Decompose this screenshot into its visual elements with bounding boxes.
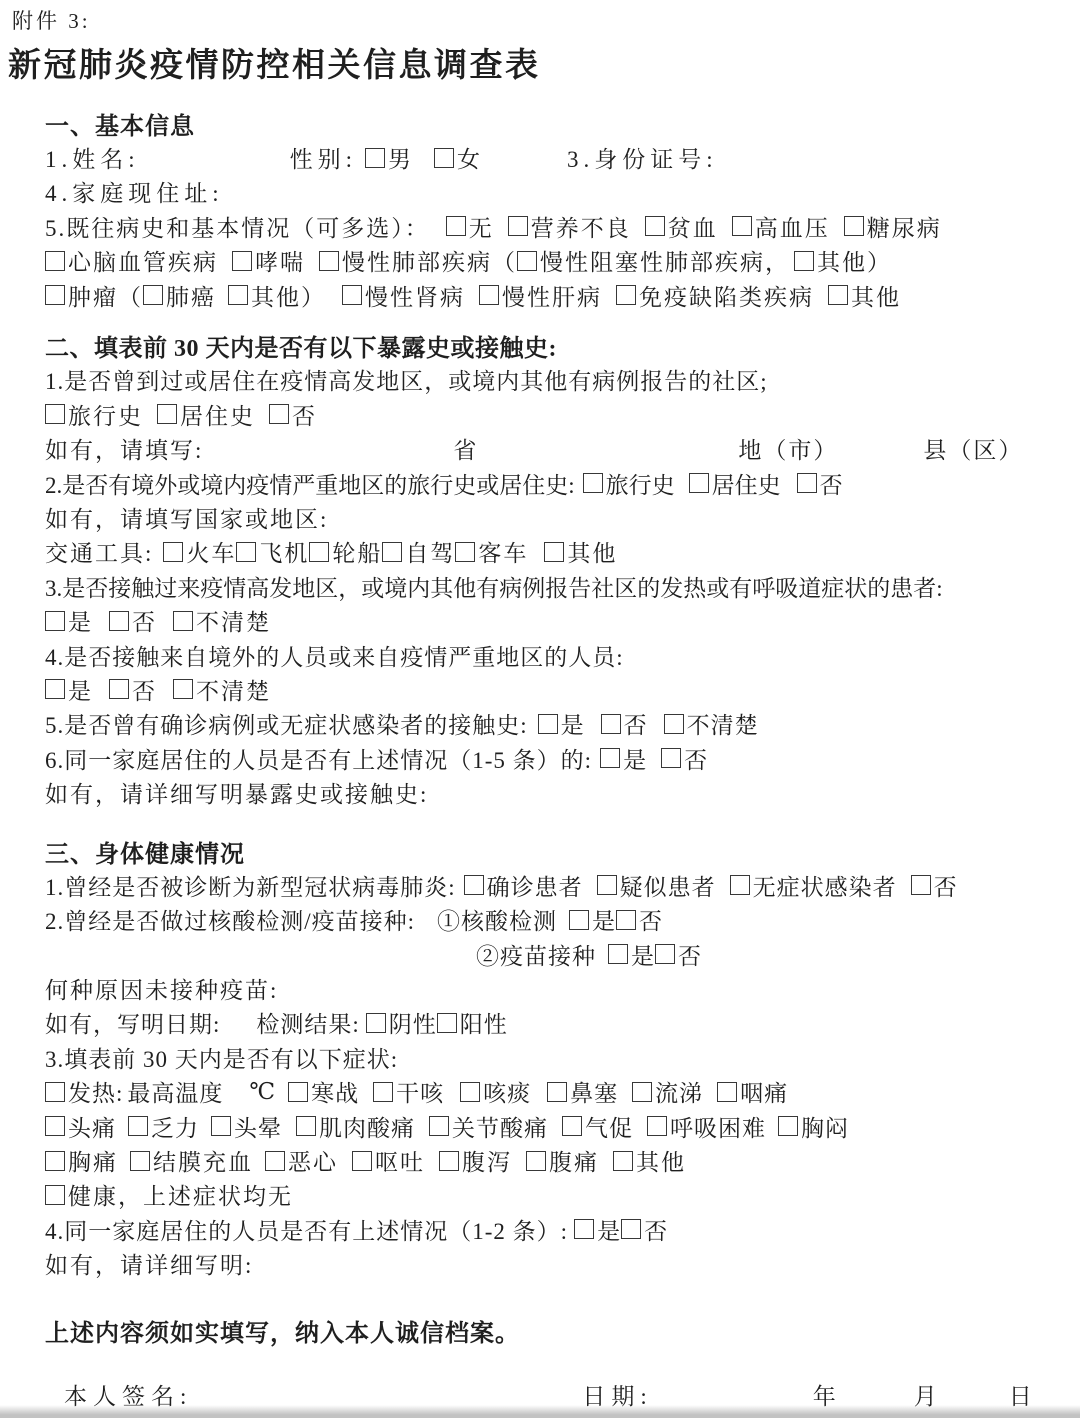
checkbox-option: 其他 bbox=[544, 535, 617, 568]
line-h1-diagnosis: 1.曾经是否被诊断为新型冠状病毒肺炎:确诊患者疑似患者无症状感染者否 bbox=[0, 868, 1080, 902]
checkbox[interactable] bbox=[352, 1151, 372, 1171]
checkbox-label: 否 bbox=[132, 604, 157, 637]
checkbox[interactable] bbox=[429, 1116, 449, 1136]
checkbox-label: 居住史 bbox=[712, 467, 781, 500]
checkbox[interactable] bbox=[544, 542, 564, 562]
line-test-result: 如有，写明日期:检测结果:阴性阳性 bbox=[0, 1006, 1080, 1040]
checkbox[interactable] bbox=[45, 1185, 65, 1205]
checkbox-label: 轮船 bbox=[332, 535, 382, 568]
checkbox-option: 糖尿病 bbox=[844, 210, 942, 243]
checkbox-label: 寒战 bbox=[311, 1075, 359, 1108]
checkbox[interactable] bbox=[632, 1082, 652, 1102]
fill-blank bbox=[276, 1091, 288, 1092]
checkbox-label: 其他 bbox=[851, 279, 901, 312]
checkbox-label: 贫血 bbox=[668, 210, 718, 243]
fill-blank bbox=[675, 483, 689, 484]
checkbox-option: 干咳 bbox=[373, 1075, 444, 1108]
checkbox[interactable] bbox=[732, 216, 752, 236]
checkbox[interactable] bbox=[130, 1151, 150, 1171]
fill-blank bbox=[218, 260, 232, 261]
checkbox-label: 干咳 bbox=[396, 1075, 444, 1108]
line-signature: 本人签名:日期:年月日 bbox=[0, 1377, 1080, 1411]
checkbox[interactable] bbox=[366, 1013, 386, 1033]
fill-blank bbox=[548, 1126, 562, 1127]
text-run: 交通工具: bbox=[45, 535, 153, 568]
checkbox[interactable] bbox=[616, 910, 636, 930]
text-run: 4.家庭现住址: bbox=[45, 175, 224, 208]
checkbox-option: 乏力 bbox=[128, 1110, 199, 1143]
fill-blank bbox=[282, 1126, 296, 1127]
checkbox-label: 自驾 bbox=[405, 535, 455, 568]
checkbox-option: 是 bbox=[538, 707, 585, 740]
checkbox-option: 营养不良 bbox=[508, 210, 631, 243]
checkbox[interactable] bbox=[45, 1082, 65, 1102]
checkbox[interactable] bbox=[342, 285, 362, 305]
fill-blank bbox=[157, 620, 173, 621]
checkbox-option: 腹泻 bbox=[439, 1144, 512, 1177]
checkbox-option: 轮船 bbox=[309, 535, 382, 568]
checkbox-label: 其他 bbox=[636, 1144, 686, 1177]
checkbox-label: 是 bbox=[592, 903, 616, 936]
fill-blank bbox=[599, 1160, 613, 1161]
checkbox-option: 旅行史 bbox=[45, 398, 143, 431]
checkbox[interactable] bbox=[309, 542, 329, 562]
checkbox[interactable] bbox=[45, 1151, 65, 1171]
checkbox[interactable] bbox=[517, 251, 537, 271]
fill-blank bbox=[478, 448, 738, 449]
checkbox-label: 旅行史 bbox=[606, 467, 675, 500]
fill-blank bbox=[253, 1160, 265, 1161]
checkbox-label: 是 bbox=[68, 604, 93, 637]
checkbox-option: 免疫缺陷类疾病 bbox=[616, 279, 814, 312]
checkbox-option: 阳性 bbox=[437, 1006, 508, 1039]
checkbox[interactable] bbox=[173, 611, 193, 631]
checkbox-option: 无症状感染者 bbox=[730, 869, 897, 902]
checkbox-option: 结膜充血 bbox=[130, 1144, 253, 1177]
checkbox-label: 其他 bbox=[567, 535, 617, 568]
checkbox-label: 气促 bbox=[585, 1110, 633, 1143]
checkbox[interactable] bbox=[508, 216, 528, 236]
checkbox-label: 确诊患者 bbox=[487, 869, 583, 902]
line-symptoms-2: 头痛乏力头晕肌肉酸痛关节酸痛气促呼吸困难胸闷 bbox=[0, 1109, 1080, 1143]
fill-blank bbox=[430, 226, 446, 227]
text-run: 4.同一家庭居住的人员是否有上述情况（1-2 条）: bbox=[45, 1213, 568, 1246]
line-name-gender-id: 1.姓名:性别:男女3.身份证号: bbox=[0, 140, 1080, 174]
checkbox[interactable] bbox=[109, 611, 129, 631]
text-run: ①核酸检测 bbox=[437, 903, 557, 936]
line-q1-options: 旅行史居住史否 bbox=[0, 397, 1080, 431]
checkbox[interactable] bbox=[569, 910, 589, 930]
checkbox-option: 无 bbox=[446, 210, 494, 243]
checkbox-option: 女 bbox=[434, 141, 485, 174]
line-vaccine-reason: 何种原因未接种疫苗: bbox=[0, 971, 1080, 1005]
checkbox-label: 否 bbox=[684, 742, 708, 775]
checkbox-option: 心脑血管疾病 bbox=[45, 244, 218, 277]
text-run: 4.是否接触来自境外的人员或来自疫情严重地区的人员: bbox=[45, 639, 624, 672]
checkbox[interactable] bbox=[45, 404, 65, 424]
checkbox-label: 否 bbox=[132, 673, 157, 706]
checkbox[interactable] bbox=[460, 1082, 480, 1102]
checkbox[interactable] bbox=[288, 1082, 308, 1102]
fill-blank bbox=[838, 448, 923, 449]
checkbox-label: 胸闷 bbox=[801, 1110, 849, 1143]
checkbox-label: 肿瘤（ bbox=[68, 279, 143, 312]
fill-blank bbox=[359, 1091, 373, 1092]
fill-blank bbox=[118, 1160, 130, 1161]
checkbox-option: 慢性阻塞性肺部疾病， bbox=[517, 244, 790, 277]
checkbox[interactable] bbox=[464, 875, 484, 895]
fill-blank bbox=[830, 226, 844, 227]
text-run: 二、填表前 30 天内是否有以下暴露史或接触史: bbox=[45, 328, 557, 363]
checkbox-option: 关节酸痛 bbox=[429, 1110, 548, 1143]
checkbox-option: 是 bbox=[600, 742, 647, 775]
checkbox-option: 居住史 bbox=[689, 467, 781, 500]
checkbox[interactable] bbox=[296, 1116, 316, 1136]
checkbox[interactable] bbox=[437, 1013, 457, 1033]
checkbox-option: 是 bbox=[608, 938, 655, 971]
checkbox-label: 女 bbox=[457, 141, 485, 174]
line-symptoms-1: 发热:最高温度℃寒战干咳咳痰鼻塞流涕咽痛 bbox=[0, 1075, 1080, 1109]
checkbox[interactable] bbox=[730, 875, 750, 895]
checkbox-label: 慢性肝病 bbox=[502, 279, 602, 312]
line-detail-fill: 如有，请详细写明: bbox=[0, 1247, 1080, 1281]
fill-blank bbox=[143, 414, 157, 415]
fill-blank bbox=[633, 1126, 647, 1127]
line-medical-history: 5.既往病史和基本情况（可多选）：无营养不良贫血高血压糖尿病 bbox=[0, 209, 1080, 243]
fill-blank bbox=[557, 919, 569, 920]
checkbox-label: 慢性肺部疾病（ bbox=[342, 244, 517, 277]
checkbox[interactable] bbox=[265, 1151, 285, 1171]
fill-blank bbox=[703, 1091, 717, 1092]
checkbox[interactable] bbox=[547, 1082, 567, 1102]
text-run: 5.是否曾有确诊病例或无症状感染者的接触史: bbox=[45, 707, 528, 740]
line-transport: 交通工具:火车飞机轮船自驾客车其他 bbox=[0, 535, 1080, 569]
text-run: 2.曾经是否做过核酸检测/疫苗接种: bbox=[45, 903, 415, 936]
text-run: 年 bbox=[813, 1378, 842, 1411]
checkbox-option: 腹痛 bbox=[526, 1144, 599, 1177]
checkbox[interactable] bbox=[45, 679, 65, 699]
fill-blank bbox=[618, 1091, 632, 1092]
checkbox-option: 健康，上述症状均无 bbox=[45, 1178, 293, 1211]
line-home-address: 4.家庭现住址: bbox=[0, 175, 1080, 209]
checkbox[interactable] bbox=[844, 216, 864, 236]
checkbox[interactable] bbox=[109, 679, 129, 699]
text-run: 如有，请详细写明: bbox=[45, 1247, 253, 1280]
line-q1-fill: 如有，请填写:省地（市）县（区） bbox=[0, 432, 1080, 466]
checkbox[interactable] bbox=[365, 148, 385, 168]
checkbox[interactable] bbox=[616, 285, 636, 305]
fill-blank bbox=[203, 448, 453, 449]
checkbox[interactable] bbox=[434, 148, 454, 168]
form-body: 一、基本信息1.姓名:性别:男女3.身份证号:4.家庭现住址:5.既往病史和基本… bbox=[0, 92, 1080, 1412]
checkbox-option: 慢性肝病 bbox=[479, 279, 602, 312]
checkbox-option: 否 bbox=[797, 467, 843, 500]
checkbox[interactable] bbox=[526, 1151, 546, 1171]
checkbox-label: 流涕 bbox=[655, 1075, 703, 1108]
checkbox-option: 阴性 bbox=[366, 1006, 437, 1039]
checkbox-label: 呕吐 bbox=[375, 1144, 425, 1177]
checkbox-option: 呕吐 bbox=[352, 1144, 425, 1177]
checkbox[interactable] bbox=[211, 1116, 231, 1136]
line-q3-contact: 3.是否接触过来疫情高发地区，或境内其他有病例报告社区的发热或有呼吸道症状的患者… bbox=[0, 569, 1080, 603]
checkbox-option: 飞机 bbox=[236, 535, 309, 568]
checkbox[interactable] bbox=[45, 1116, 65, 1136]
line-h2-vaccine: ②疫苗接种是否 bbox=[0, 937, 1080, 971]
line-q5-contact: 5.是否曾有确诊病例或无症状感染者的接触史:是否不清楚 bbox=[0, 707, 1080, 741]
checkbox[interactable] bbox=[911, 875, 931, 895]
text-run: 三、身体健康情况 bbox=[45, 834, 245, 869]
checkbox-label: 不清楚 bbox=[196, 604, 271, 637]
text-run: 月 bbox=[914, 1378, 943, 1411]
fill-blank bbox=[528, 551, 544, 552]
checkbox[interactable] bbox=[232, 251, 252, 271]
checkbox[interactable] bbox=[143, 285, 163, 305]
fill-blank bbox=[338, 1160, 352, 1161]
checkbox-label: 旅行史 bbox=[68, 398, 143, 431]
checkbox[interactable] bbox=[689, 473, 709, 493]
checkbox[interactable] bbox=[479, 285, 499, 305]
checkbox[interactable] bbox=[373, 1082, 393, 1102]
checkbox-option: 居住史 bbox=[157, 398, 255, 431]
checkbox-label: 胸痛 bbox=[68, 1144, 118, 1177]
checkbox-option: 火车 bbox=[163, 535, 236, 568]
checkbox[interactable] bbox=[236, 542, 256, 562]
checkbox[interactable] bbox=[797, 473, 817, 493]
fill-blank bbox=[842, 1394, 914, 1395]
checkbox[interactable] bbox=[601, 714, 621, 734]
text-run: 省 bbox=[453, 432, 478, 465]
fill-blank bbox=[631, 226, 645, 227]
checkbox-option: 否 bbox=[109, 604, 157, 637]
fill-blank bbox=[93, 620, 109, 621]
checkbox-option: 肺癌 bbox=[143, 279, 216, 312]
checkbox-option: 否 bbox=[661, 742, 708, 775]
checkbox[interactable] bbox=[600, 748, 620, 768]
fill-blank bbox=[199, 1126, 211, 1127]
checkbox[interactable] bbox=[647, 1116, 667, 1136]
checkbox-option: 气促 bbox=[562, 1110, 633, 1143]
checkbox-option: 流涕 bbox=[632, 1075, 703, 1108]
text-run: 如有，请详细写明暴露史或接触史: bbox=[45, 776, 428, 809]
text-run: 一、基本信息 bbox=[45, 106, 195, 141]
checkbox-label: 咳痰 bbox=[483, 1075, 531, 1108]
checkbox-option: 咽痛 bbox=[717, 1075, 788, 1108]
checkbox-option: 胸闷 bbox=[778, 1110, 849, 1143]
checkbox[interactable] bbox=[778, 1116, 798, 1136]
checkbox-option: 否 bbox=[621, 1213, 668, 1246]
checkbox-option: 慢性肺部疾病（ bbox=[319, 244, 517, 277]
checkbox-option: 慢性肾病 bbox=[342, 279, 465, 312]
checkbox-option: 是 bbox=[45, 673, 93, 706]
text-run: ②疫苗接种 bbox=[476, 938, 596, 971]
text-run: 地（市） bbox=[738, 432, 838, 465]
text-run: 如有，请填写国家或地区: bbox=[45, 501, 328, 534]
checkbox-label: 结膜充血 bbox=[153, 1144, 253, 1177]
checkbox-label: 其他） bbox=[251, 279, 326, 312]
checkbox[interactable] bbox=[439, 1151, 459, 1171]
checkbox[interactable] bbox=[382, 542, 402, 562]
fill-blank bbox=[216, 295, 228, 296]
checkbox-label: 否 bbox=[644, 1213, 668, 1246]
text-run: 何种原因未接种疫苗: bbox=[45, 972, 278, 1005]
fill-blank bbox=[653, 1394, 813, 1395]
fill-blank bbox=[596, 954, 608, 955]
checkbox-label: 头晕 bbox=[234, 1110, 282, 1143]
line-medical-history-3: 肿瘤（肺癌其他）慢性肾病慢性肝病免疫缺陷类疾病其他 bbox=[0, 278, 1080, 312]
checkbox[interactable] bbox=[655, 944, 675, 964]
checkbox[interactable] bbox=[562, 1116, 582, 1136]
checkbox-label: 肺癌 bbox=[166, 279, 216, 312]
text-run: 日 bbox=[1009, 1378, 1038, 1411]
checkbox-option: 发热: bbox=[45, 1075, 123, 1108]
checkbox[interactable] bbox=[794, 251, 814, 271]
checkbox-option: 咳痰 bbox=[460, 1075, 531, 1108]
checkbox-label: 健康，上述症状均无 bbox=[68, 1178, 293, 1211]
checkbox-label: 乏力 bbox=[151, 1110, 199, 1143]
checkbox-option: 是 bbox=[569, 903, 616, 936]
checkbox[interactable] bbox=[608, 944, 628, 964]
checkbox[interactable] bbox=[645, 216, 665, 236]
checkbox[interactable] bbox=[269, 404, 289, 424]
checkbox[interactable] bbox=[157, 404, 177, 424]
checkbox-label: 营养不良 bbox=[531, 210, 631, 243]
fill-blank bbox=[814, 295, 828, 296]
text-run: 3.是否接触过来疫情高发地区，或境内其他有病例报告社区的发热或有呼吸道症状的患者… bbox=[45, 570, 943, 603]
checkbox-label: 无 bbox=[469, 210, 494, 243]
line-q4-options: 是否不清楚 bbox=[0, 672, 1080, 706]
checkbox-option: 高血压 bbox=[732, 210, 830, 243]
checkbox[interactable] bbox=[613, 1151, 633, 1171]
fill-blank bbox=[425, 1160, 439, 1161]
text-run: 3.填表前 30 天内是否有以下症状: bbox=[45, 1041, 398, 1074]
checkbox[interactable] bbox=[163, 542, 183, 562]
text-run: 日期: bbox=[582, 1378, 652, 1411]
checkbox-option: 恶心 bbox=[265, 1144, 338, 1177]
checkbox[interactable] bbox=[828, 285, 848, 305]
checkbox-option: 否 bbox=[655, 938, 702, 971]
checkbox[interactable] bbox=[173, 679, 193, 699]
checkbox-label: 慢性肾病 bbox=[365, 279, 465, 312]
line-symptoms-3: 胸痛结膜充血恶心呕吐腹泻腹痛其他 bbox=[0, 1143, 1080, 1177]
fill-blank bbox=[93, 689, 109, 690]
fill-blank bbox=[326, 295, 342, 296]
checkbox[interactable] bbox=[621, 1219, 641, 1239]
section-basic-info-heading: 一、基本信息 bbox=[0, 106, 1080, 140]
fill-blank bbox=[897, 885, 911, 886]
checkbox-option: 客车 bbox=[455, 535, 528, 568]
fill-blank bbox=[647, 758, 661, 759]
fill-blank bbox=[220, 1022, 256, 1023]
text-run: 上述内容须如实填写，纳入本人诚信档案。 bbox=[45, 1313, 520, 1348]
line-integrity-note: 上述内容须如实填写，纳入本人诚信档案。 bbox=[0, 1313, 1080, 1347]
checkbox[interactable] bbox=[661, 748, 681, 768]
checkbox-option: 否 bbox=[109, 673, 157, 706]
checkbox[interactable] bbox=[319, 251, 339, 271]
fill-blank bbox=[305, 260, 319, 261]
checkbox-label: 是 bbox=[597, 1213, 621, 1246]
checkbox[interactable] bbox=[717, 1082, 737, 1102]
fill-blank bbox=[192, 1394, 582, 1395]
checkbox-label: 是 bbox=[623, 742, 647, 775]
checkbox[interactable] bbox=[228, 285, 248, 305]
fill-blank bbox=[575, 483, 583, 484]
text-run: 3.身份证号: bbox=[567, 141, 718, 174]
checkbox[interactable] bbox=[446, 216, 466, 236]
checkbox[interactable] bbox=[538, 714, 558, 734]
fill-blank bbox=[602, 295, 616, 296]
checkbox[interactable] bbox=[45, 611, 65, 631]
checkbox-label: 飞机 bbox=[259, 535, 309, 568]
line-h2-test: 2.曾经是否做过核酸检测/疫苗接种:①核酸检测是否 bbox=[0, 903, 1080, 937]
checkbox[interactable] bbox=[583, 473, 603, 493]
text-run: 6.同一家庭居住的人员是否有上述情况（1-5 条）的: bbox=[45, 742, 592, 775]
text-run: 如有，写明日期: bbox=[45, 1006, 220, 1039]
text-run: 县（区） bbox=[923, 432, 1023, 465]
fill-blank bbox=[485, 157, 567, 158]
checkbox-label: 鼻塞 bbox=[570, 1075, 618, 1108]
checkbox-label: 否 bbox=[934, 869, 958, 902]
text-run: ℃ bbox=[249, 1079, 276, 1105]
line-exposure-detail: 如有，请详细写明暴露史或接触史: bbox=[0, 775, 1080, 809]
fill-blank bbox=[583, 885, 597, 886]
checkbox[interactable] bbox=[128, 1116, 148, 1136]
checkbox-option: 肌肉酸痛 bbox=[296, 1110, 415, 1143]
checkbox[interactable] bbox=[574, 1219, 594, 1239]
fill-blank bbox=[415, 1126, 429, 1127]
fill-blank bbox=[494, 226, 508, 227]
text-run: 性别: bbox=[290, 141, 357, 174]
checkbox[interactable] bbox=[597, 875, 617, 895]
fill-blank bbox=[415, 919, 437, 920]
line-q2-travel: 2.是否有境外或境内疫情严重地区的旅行史或居住史:旅行史居住史否 bbox=[0, 466, 1080, 500]
text-run: 如有，请填写: bbox=[45, 432, 203, 465]
checkbox[interactable] bbox=[664, 714, 684, 734]
checkbox-option: 头痛 bbox=[45, 1110, 116, 1143]
checkbox-label: 疑似患者 bbox=[620, 869, 716, 902]
checkbox-label: 阳性 bbox=[460, 1006, 508, 1039]
fill-blank bbox=[116, 1126, 128, 1127]
checkbox-label: 不清楚 bbox=[196, 673, 271, 706]
line-q6-family: 6.同一家庭居住的人员是否有上述情况（1-5 条）的:是否 bbox=[0, 741, 1080, 775]
checkbox-option: 是 bbox=[45, 604, 93, 637]
checkbox-option: 是 bbox=[574, 1213, 621, 1246]
checkbox[interactable] bbox=[45, 285, 65, 305]
text-run: 5.既往病史和基本情况（可多选）： bbox=[45, 210, 430, 243]
checkbox-option: 其他 bbox=[828, 279, 901, 312]
checkbox-label: 发热: bbox=[68, 1075, 123, 1108]
line-q2-fill: 如有，请填写国家或地区: bbox=[0, 500, 1080, 534]
checkbox[interactable] bbox=[45, 251, 65, 271]
fill-blank bbox=[140, 157, 290, 158]
checkbox-label: 咽痛 bbox=[740, 1075, 788, 1108]
checkbox-label: 肌肉酸痛 bbox=[319, 1110, 415, 1143]
fill-blank bbox=[357, 157, 365, 158]
checkbox-label: 免疫缺陷类疾病 bbox=[639, 279, 814, 312]
text-run: 检测结果: bbox=[256, 1006, 359, 1039]
checkbox-label: 否 bbox=[678, 938, 702, 971]
checkbox-label: 恶心 bbox=[288, 1144, 338, 1177]
checkbox-option: 否 bbox=[616, 903, 663, 936]
line-q4-contact: 4.是否接触来自境外的人员或来自疫情严重地区的人员: bbox=[0, 638, 1080, 672]
fill-blank bbox=[531, 1091, 547, 1092]
checkbox[interactable] bbox=[455, 542, 475, 562]
checkbox-option: 胸痛 bbox=[45, 1144, 118, 1177]
checkbox-label: 慢性阻塞性肺部疾病， bbox=[540, 244, 790, 277]
fill-blank bbox=[716, 885, 730, 886]
checkbox-option: 不清楚 bbox=[664, 707, 759, 740]
checkbox-label: 是 bbox=[68, 673, 93, 706]
checkbox-label: 客车 bbox=[478, 535, 528, 568]
